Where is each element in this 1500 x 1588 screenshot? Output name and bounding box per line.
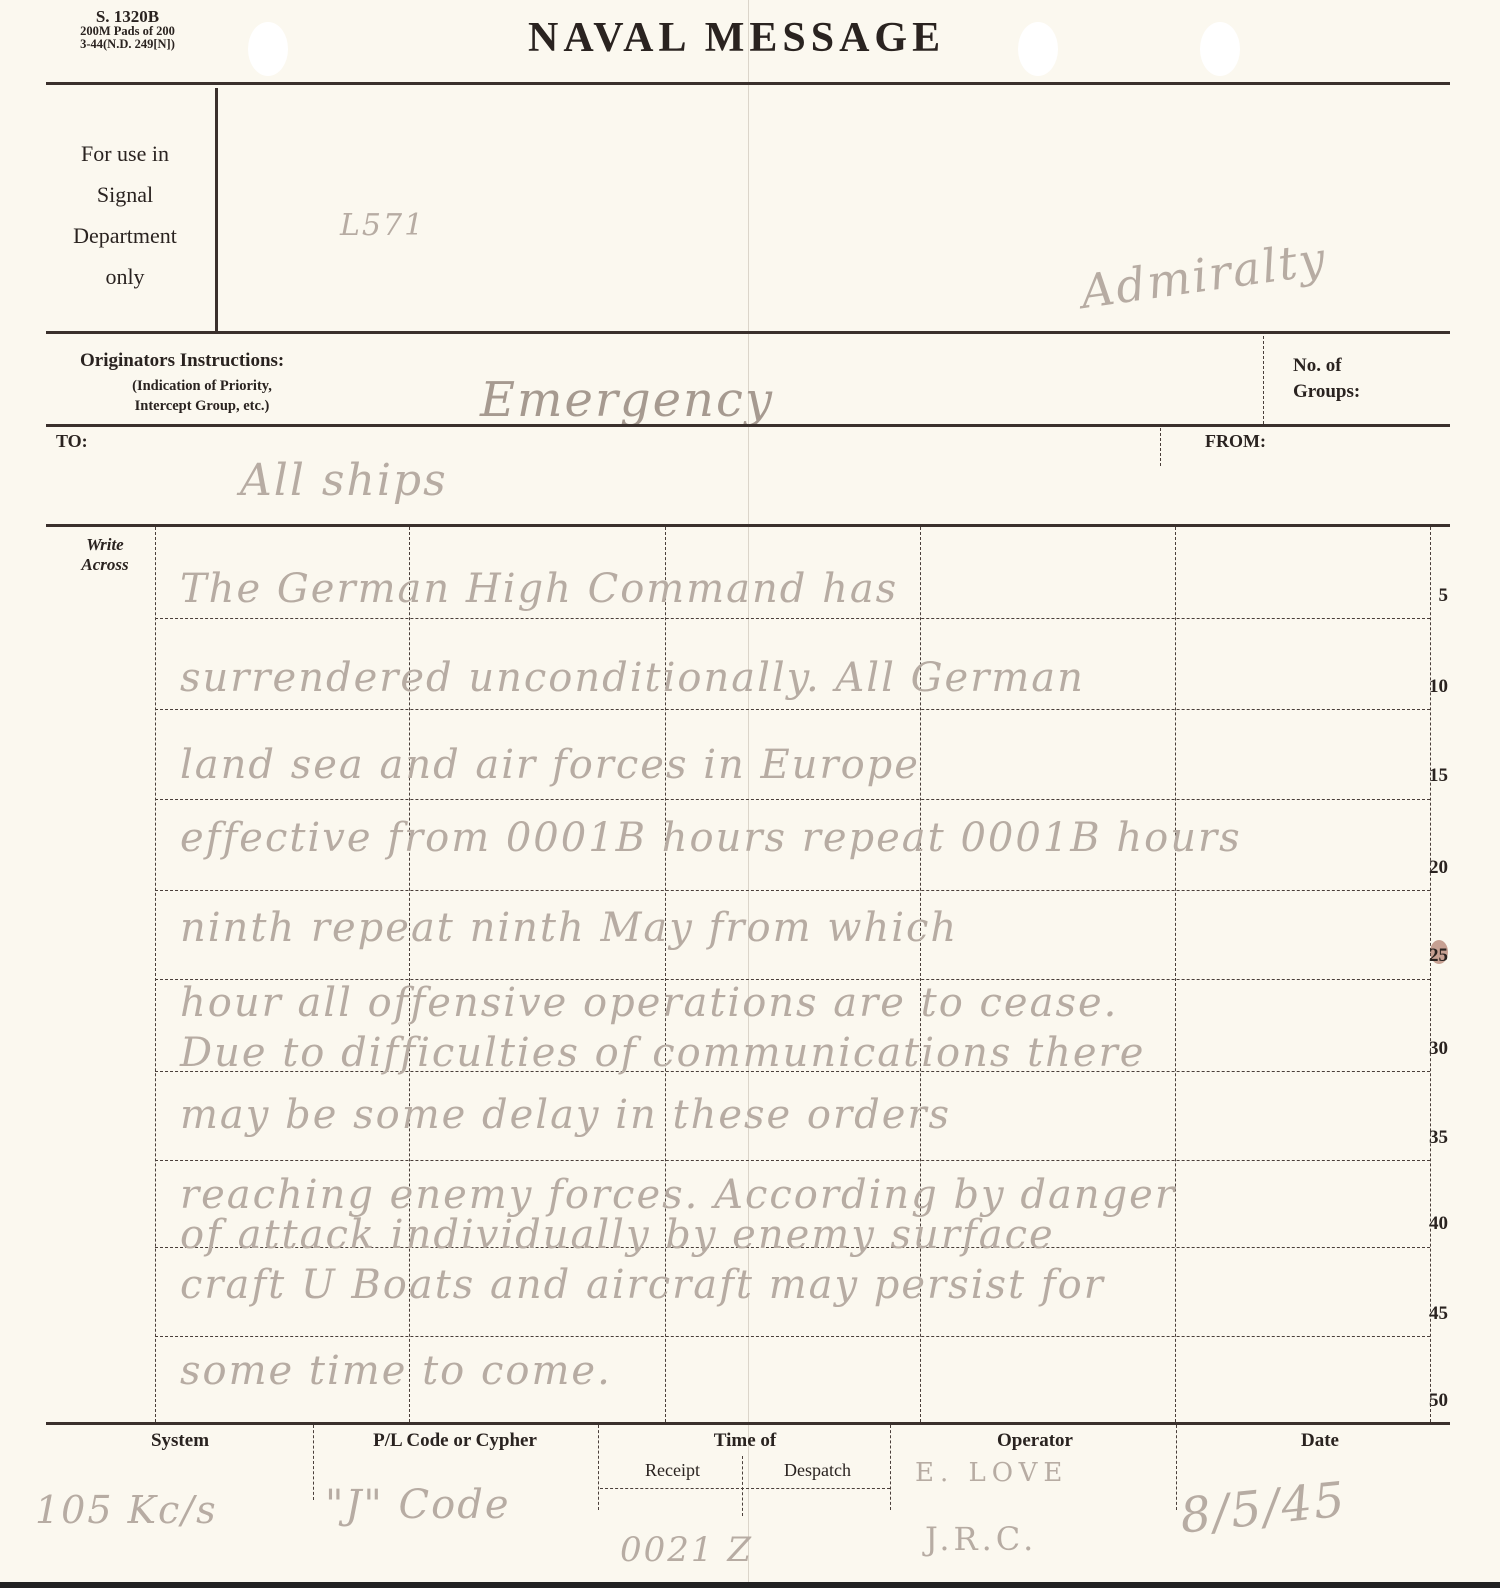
grid-line [155, 527, 156, 1422]
punch-hole [248, 22, 288, 76]
date-label: Date [1250, 1430, 1390, 1452]
message-line[interactable]: may be some delay in these orders [180, 1092, 951, 1138]
code-field[interactable]: "J" Code [325, 1482, 511, 1528]
from-label: FROM: [1205, 431, 1266, 452]
receipt-time-field[interactable]: 0021 Z [620, 1530, 753, 1570]
message-line[interactable]: surrendered unconditionally. All German [180, 655, 1085, 701]
label-line: only [50, 256, 200, 297]
divider [46, 524, 1450, 527]
divider [1263, 336, 1264, 424]
date-field[interactable]: 8/5/45 [1178, 1471, 1349, 1544]
row-number: 5 [1398, 585, 1448, 607]
divider [46, 1422, 1450, 1425]
divider [46, 82, 1450, 85]
paper-fold-crease [748, 0, 749, 1588]
divider [1176, 1425, 1177, 1510]
write-across-line: Write [60, 535, 150, 555]
row-number: 15 [1398, 765, 1448, 787]
groups-label-line: Groups: [1293, 379, 1360, 405]
sublabel-line: (Indication of Priority, [112, 376, 292, 396]
form-edition: 3-44(N.D. 249[N]) [55, 38, 200, 51]
operator-label: Operator [940, 1430, 1130, 1452]
divider [600, 1488, 890, 1489]
scan-edge [0, 1582, 1500, 1588]
system-label: System [100, 1430, 260, 1452]
groups-label-line: No. of [1293, 353, 1360, 379]
page-title: NAVAL MESSAGE [528, 14, 945, 62]
divider [742, 1456, 743, 1516]
signal-department-label: For use in Signal Department only [50, 133, 200, 297]
priority-field[interactable]: Emergency [480, 372, 774, 428]
divider [46, 424, 1450, 427]
divider [313, 1425, 314, 1500]
message-line[interactable]: hour all offensive operations are to cea… [180, 980, 1118, 1026]
message-line[interactable]: some time to come. [180, 1348, 612, 1394]
divider [890, 1425, 891, 1510]
label-line: Department [50, 215, 200, 256]
row-number: 40 [1398, 1213, 1448, 1235]
message-line[interactable]: ninth repeat ninth May from which [180, 905, 958, 951]
grid-line [1175, 527, 1176, 1422]
row-number: 25 [1398, 945, 1448, 967]
message-line[interactable]: effective from 0001B hours repeat 0001B … [180, 815, 1242, 861]
message-line[interactable]: of attack individually by enemy surface [180, 1212, 1055, 1258]
divider [215, 88, 218, 331]
grid-line [1430, 527, 1431, 1422]
row-number: 10 [1398, 676, 1448, 698]
punch-hole [1200, 22, 1240, 76]
message-line[interactable]: The German High Command has [180, 566, 898, 612]
groups-label: No. of Groups: [1293, 353, 1360, 405]
divider [46, 331, 1450, 334]
operator-field[interactable]: E. LOVE [915, 1458, 1068, 1488]
row-number: 20 [1398, 857, 1448, 879]
row-number: 45 [1398, 1303, 1448, 1325]
label-line: For use in [50, 133, 200, 174]
message-line[interactable]: craft U Boats and aircraft may persist f… [180, 1262, 1105, 1308]
message-line[interactable]: land sea and air forces in Europe [180, 742, 920, 788]
punch-hole [1018, 22, 1058, 76]
divider [1160, 428, 1161, 466]
time-of-label: Time of [600, 1430, 890, 1452]
originator-sublabel: (Indication of Priority, Intercept Group… [112, 376, 292, 416]
code-label: P/L Code or Cypher [330, 1430, 580, 1452]
sublabel-line: Intercept Group, etc.) [112, 396, 292, 416]
signal-number-field[interactable]: L571 [340, 208, 425, 243]
originator-label: Originators Instructions: [80, 350, 284, 372]
row-number: 30 [1398, 1038, 1448, 1060]
to-field[interactable]: All ships [240, 455, 448, 506]
operator-initials-field[interactable]: J.R.C. [925, 1520, 1037, 1558]
system-field[interactable]: 105 Kc/s [35, 1488, 218, 1532]
grid-line [155, 618, 1430, 619]
write-across-line: Across [60, 555, 150, 575]
grid-line [155, 1160, 1430, 1161]
despatch-label: Despatch [745, 1460, 890, 1481]
message-line[interactable]: Due to difficulties of communications th… [180, 1030, 1145, 1076]
row-number: 50 [1398, 1390, 1448, 1412]
divider [598, 1425, 599, 1510]
row-number: 35 [1398, 1127, 1448, 1149]
write-across-label: Write Across [60, 535, 150, 575]
grid-line [155, 890, 1430, 891]
grid-line [155, 709, 1430, 710]
form-pads: 200M Pads of 200 [55, 25, 200, 38]
signal-origin-field[interactable]: Admiralty [1077, 231, 1330, 319]
receipt-label: Receipt [605, 1460, 740, 1481]
grid-line [155, 799, 1430, 800]
form-code-block: S. 1320B 200M Pads of 200 3-44(N.D. 249[… [55, 8, 200, 50]
form-code: S. 1320B [55, 8, 200, 25]
label-line: Signal [50, 174, 200, 215]
grid-line [155, 1336, 1430, 1337]
to-label: TO: [56, 431, 88, 452]
